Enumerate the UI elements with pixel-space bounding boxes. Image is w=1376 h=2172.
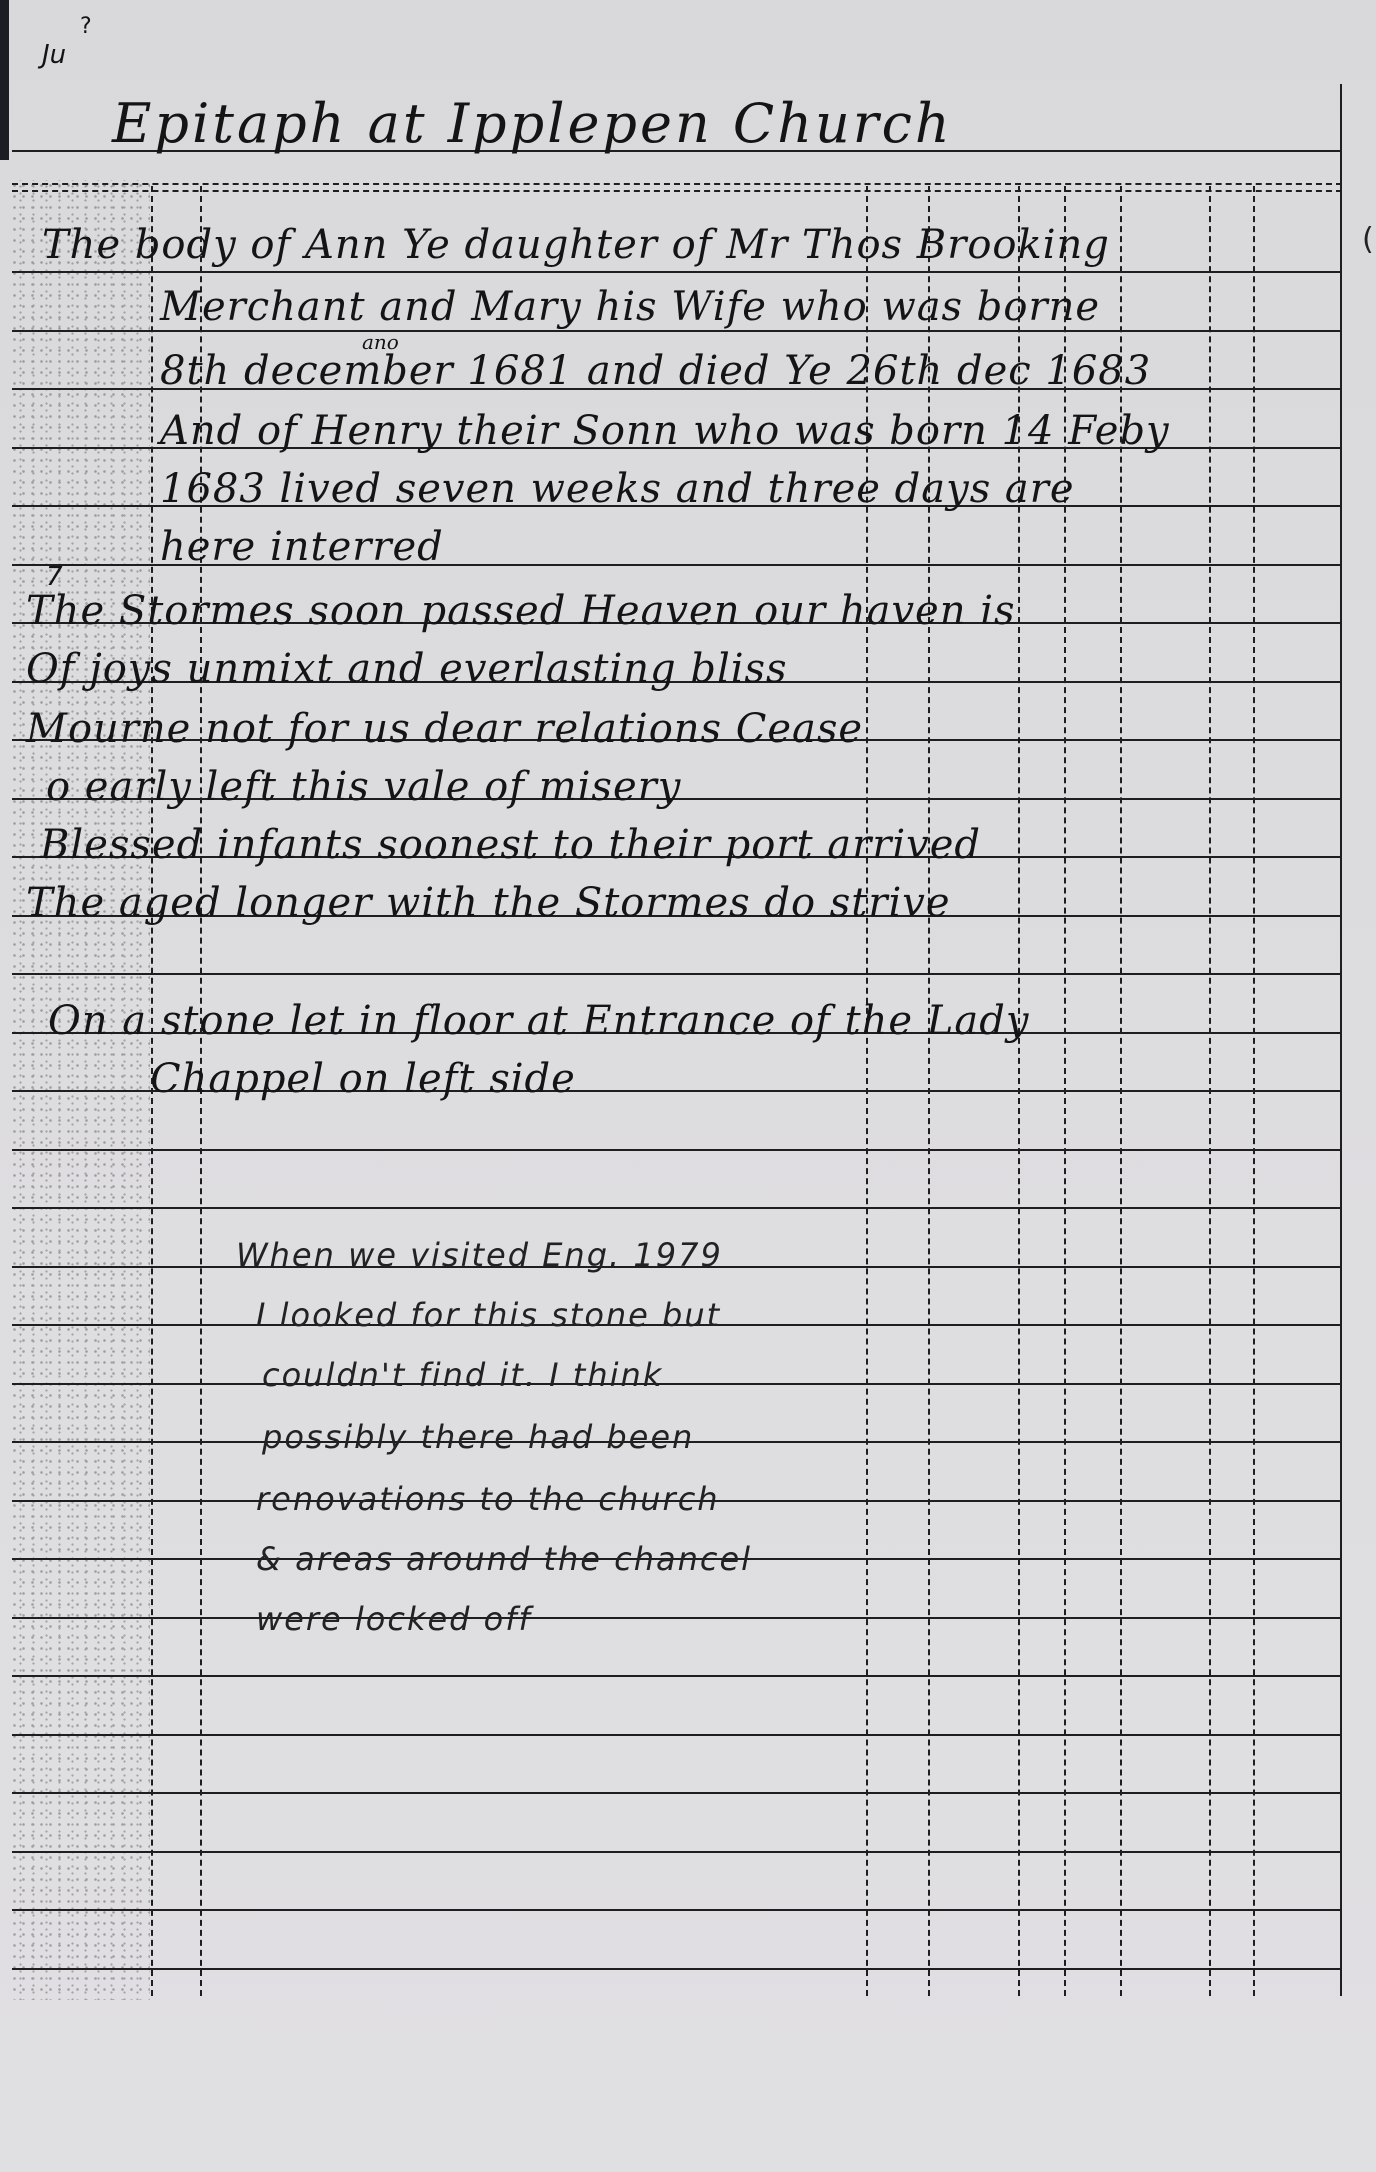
- ruled-line: [12, 1968, 1342, 1970]
- column-line: [1018, 186, 1020, 1996]
- interlinear-insertion: ano: [362, 330, 399, 354]
- ruled-line: [12, 183, 1342, 185]
- right-border-line: [1340, 84, 1342, 1996]
- ruled-line: [12, 330, 1342, 332]
- inscription-line: And of Henry their Sonn who was born 14 …: [160, 408, 1170, 454]
- ruled-line: [12, 1383, 1342, 1385]
- ruled-line: [12, 271, 1342, 273]
- column-line: [928, 186, 930, 1996]
- ruled-line: [12, 1149, 1342, 1151]
- location-line: On a stone let in floor at Entrance of t…: [48, 998, 1029, 1044]
- note-line: & areas around the chancel: [256, 1540, 752, 1578]
- note-line: When we visited Eng. 1979: [236, 1236, 723, 1274]
- inscription-line: 8th december 1681 and died Ye 26th dec 1…: [160, 348, 1151, 394]
- column-line: [866, 186, 868, 1996]
- ledger-page: Ju ? Epitaph at Ipplepen Church The body…: [0, 0, 1376, 2172]
- column-line: [1253, 186, 1255, 1996]
- ruled-line: [12, 190, 1342, 192]
- location-line: Chappel on left side: [150, 1056, 576, 1102]
- poem-line: The aged longer with the Stormes do stri…: [26, 880, 951, 926]
- corner-mark: Ju: [42, 40, 66, 70]
- inscription-line: Merchant and Mary his Wife who was borne: [160, 284, 1100, 330]
- column-line: [1064, 186, 1066, 1996]
- edge-mark: (: [1362, 222, 1374, 257]
- inscription-line: here interred: [160, 524, 444, 570]
- ruled-line: [12, 1792, 1342, 1794]
- note-line: I looked for this stone but: [256, 1296, 721, 1334]
- scan-edge-shadow: [0, 0, 9, 160]
- ruled-line: [12, 1851, 1342, 1853]
- page-title: Epitaph at Ipplepen Church: [112, 92, 953, 155]
- note-line: renovations to the church: [256, 1480, 720, 1518]
- ruled-line: [12, 1675, 1342, 1677]
- ruled-line: [12, 1207, 1342, 1209]
- corner-query-mark: ?: [80, 14, 92, 39]
- ruled-line: [12, 1617, 1342, 1619]
- inscription-line: 1683 lived seven weeks and three days ar…: [160, 466, 1075, 512]
- inscription-line: The body of Ann Ye daughter of Mr Thos B…: [42, 222, 1110, 268]
- column-line: [1209, 186, 1211, 1996]
- poem-line: Of joys unmixt and everlasting bliss: [26, 646, 788, 692]
- ruled-line: [12, 1734, 1342, 1736]
- poem-line: Blessed infants soonest to their port ar…: [40, 822, 981, 868]
- ruled-line: [12, 1909, 1342, 1911]
- poem-line: o early left this vale of misery: [46, 764, 681, 810]
- poem-line: The Stormes soon passed Heaven our haven…: [26, 588, 1016, 634]
- column-line: [1120, 186, 1122, 1996]
- ruled-line: [12, 973, 1342, 975]
- note-line: were locked off: [256, 1600, 532, 1638]
- note-line: couldn't find it. I think: [262, 1356, 663, 1394]
- note-line: possibly there had been: [262, 1418, 694, 1456]
- poem-line: Mourne not for us dear relations Cease: [26, 706, 863, 752]
